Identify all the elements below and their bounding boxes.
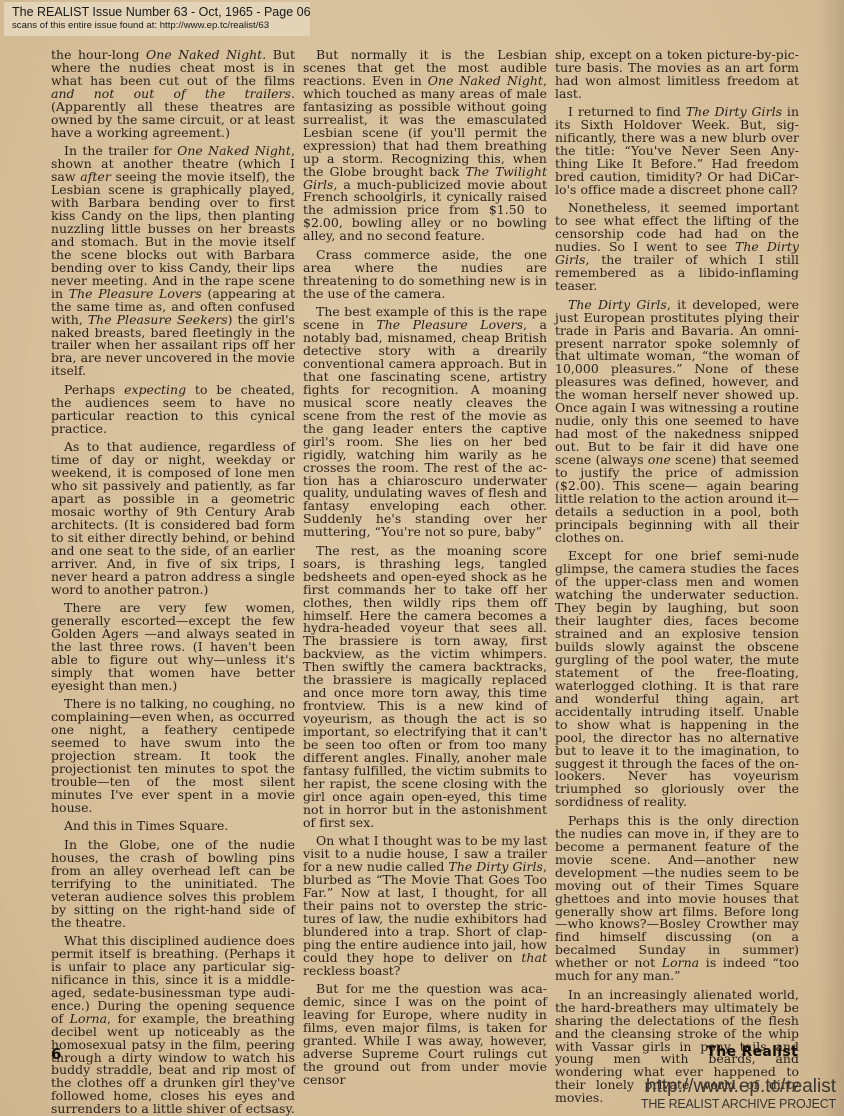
article-column-2: But normally it is the Lesbian scenes th… <box>303 49 547 1092</box>
article-paragraph: But for me the question was aca­demic, s… <box>303 983 547 1087</box>
article-paragraph: What this disciplined audience does perm… <box>51 935 295 1116</box>
page-edge-shadow <box>818 0 844 1116</box>
archive-watermark: http://www.ep.tc/realist THE REALIST ARC… <box>641 1077 836 1111</box>
article-paragraph: The Dirty Girls, it developed, were just… <box>555 299 799 545</box>
article-paragraph: Except for one brief semi-nude glimpse, … <box>555 550 799 809</box>
article-paragraph: The best example of this is the rape sce… <box>303 306 547 539</box>
article-paragraph: Nonetheless, it seemed important to see … <box>555 202 799 293</box>
article-column-1: the hour-long One Naked Night. But where… <box>51 49 295 1116</box>
archive-url[interactable]: http://www.ep.tc/realist <box>641 1077 836 1097</box>
article-paragraph: Perhaps this is the only direction the n… <box>555 815 799 983</box>
masthead-signature: The Realist <box>706 1044 798 1060</box>
article-paragraph: But normally it is the Lesbian scenes th… <box>303 49 547 243</box>
archive-name: THE REALIST ARCHIVE PROJECT <box>641 1097 836 1111</box>
article-paragraph: And this in Times Square. <box>51 820 295 833</box>
article-paragraph: ship, except on a token picture-by-pic­t… <box>555 49 799 101</box>
article-paragraph: There are very few women, generally esco… <box>51 602 295 693</box>
article-paragraph: Perhaps expecting to be cheated, the aud… <box>51 384 295 436</box>
scan-title: The REALIST Issue Number 63 - Oct, 1965 … <box>12 4 304 20</box>
article-paragraph: I returned to find The Dirty Girls in it… <box>555 106 799 197</box>
article-paragraph: the hour-long One Naked Night. But where… <box>51 49 295 140</box>
scan-subtitle: scans of this entire issue found at: htt… <box>12 20 304 32</box>
article-paragraph: The rest, as the moaning score soars, is… <box>303 545 547 830</box>
article-paragraph: In the Globe, one of the nudie houses, t… <box>51 839 295 930</box>
article-paragraph: Crass commerce aside, the one area where… <box>303 249 547 301</box>
article-paragraph: As to that audience, regardless of time … <box>51 441 295 596</box>
scan-header: The REALIST Issue Number 63 - Oct, 1965 … <box>4 2 310 36</box>
article-column-3: ship, except on a token picture-by-pic­t… <box>555 49 799 1111</box>
article-paragraph: On what I thought was to be my last visi… <box>303 835 547 977</box>
page-number: 6 <box>51 1045 61 1063</box>
article-paragraph: There is no talking, no coughing, no com… <box>51 698 295 815</box>
article-paragraph: In the trailer for One Naked Night, show… <box>51 145 295 378</box>
